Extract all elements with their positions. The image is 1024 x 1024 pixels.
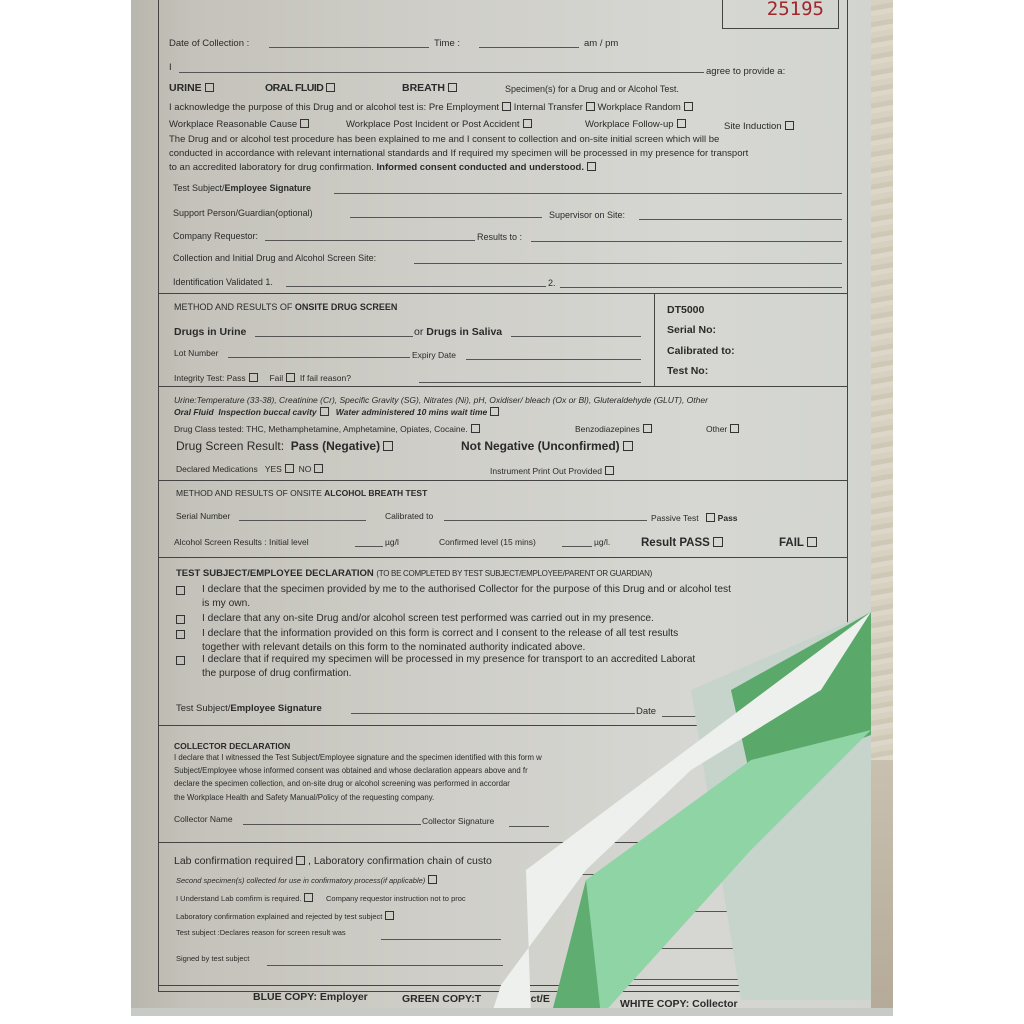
form-photo: 25195 Date of Collection : Time : am / p…: [131, 0, 893, 1016]
peeled-pages: [131, 0, 893, 1016]
paper-bottom-edge: [131, 1008, 893, 1016]
